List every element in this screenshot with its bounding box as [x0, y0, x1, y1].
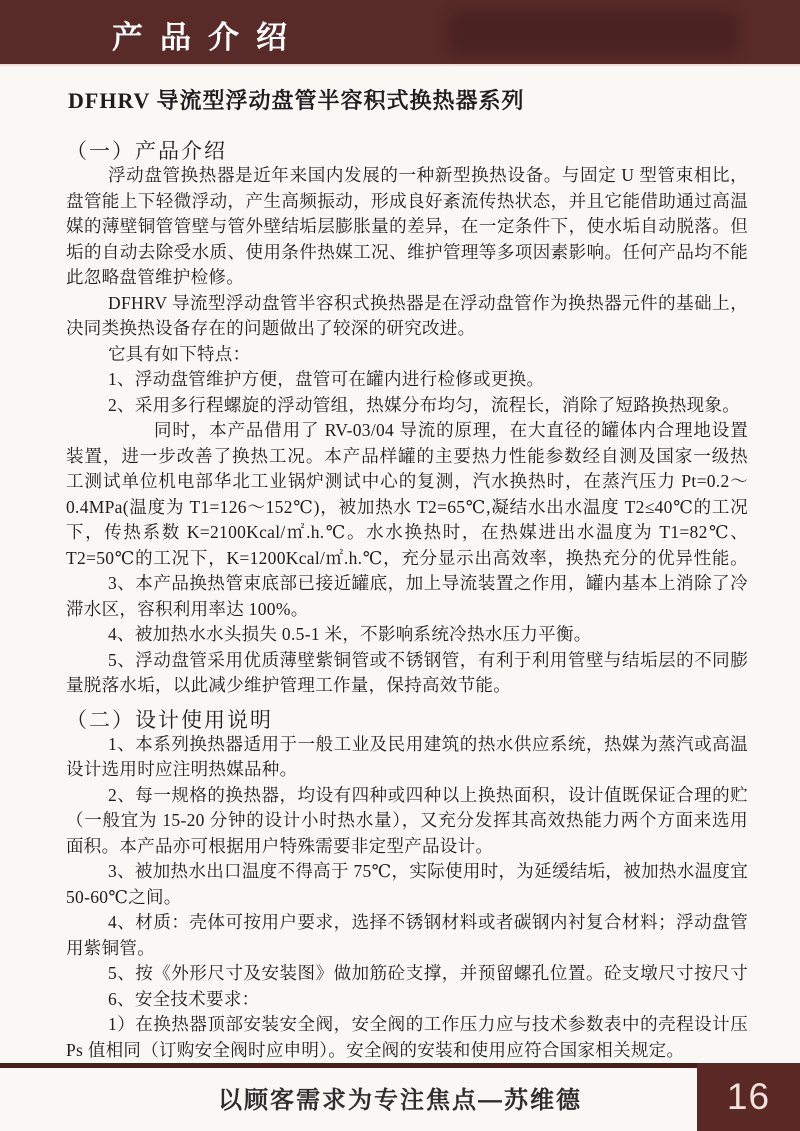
body-text-line: T2=50℃的工况下，K=1200Kcal/㎡.h.℃，充分显示出高效率，换热充…	[66, 546, 748, 572]
body-text-line: 3、本产品换热管束底部已接近罐底，加上导流装置之作用，罐内基本上消除了冷水	[66, 571, 748, 597]
body-text-line: 工测试单位机电部华北工业锅炉测试中心的复测，汽水换热时，在蒸汽压力 Pt=0.2…	[66, 469, 748, 495]
document-page: 产品介绍 DFHRV 导流型浮动盘管半容积式换热器系列 （一）产品介绍浮动盘管换…	[0, 0, 800, 1131]
body-text-line: 6、安全技术要求：	[66, 987, 748, 1013]
footer-rule	[0, 1063, 697, 1068]
body-text-line: （一般宜为 15-20 分钟的设计小时热水量），又充分发挥其高效热能力两个方面来…	[66, 808, 748, 834]
body-text-line: 2、每一规格的换热器，均设有四种或四种以上换热面积，设计值既保证合理的贮水容积	[66, 783, 748, 809]
body-text-line: 垢的自动去除受水质、使用条件热媒工况、维护管理等多项因素影响。任何产品均不能因	[66, 240, 748, 266]
body-text-line: DFHRV 导流型浮动盘管半容积式换热器是在浮动盘管作为换热器元件的基础上，就解	[66, 291, 748, 317]
body-text-line: 盘管能上下轻微浮动，产生高频振动，形成良好紊流传热状态，并且它能借助通过高温热	[66, 189, 748, 215]
body-text-line: 媒的薄壁铜管管壁与管外壁结垢层膨胀量的差异，在一定条件下，使水垢自动脱落。但水	[66, 214, 748, 240]
page-number-box: 16	[697, 1063, 800, 1131]
body-text-line: 同时，本产品借用了 RV-03/04 导流的原理，在大直径的罐体内合理地设置了导…	[66, 418, 748, 444]
footer-slogan: 以顾客需求为专注焦点—苏维德	[0, 1080, 800, 1115]
body-text-line: 它具有如下特点：	[66, 342, 748, 368]
body-text-line: 此忽略盘管维护检修。	[66, 265, 748, 291]
body-text-line: 量脱落水垢，以此减少维护管理工作量，保持高效节能。	[66, 673, 748, 699]
section-heading: （二）设计使用说明	[66, 699, 748, 732]
header-band: 产品介绍	[0, 0, 800, 66]
body-text-line: 滞水区，容积利用率达 100%。	[66, 597, 748, 623]
body-text-line: 50-60℃之间。	[66, 885, 748, 911]
document-body: （一）产品介绍浮动盘管换热器是近年来国内发展的一种新型换热设备。与固定 U 型管…	[66, 130, 748, 1063]
header-watermark-smudge	[448, 11, 738, 55]
body-text-line: Ps 值相同（订购安全阀时应申明）。安全阀的安装和使用应符合国家相关规定。	[66, 1038, 748, 1064]
body-text-line: 用紫铜管。	[66, 936, 748, 962]
body-text-line: 装置，进一步改善了换热工况。本产品样罐的主要热力性能参数经自测及国家一级热	[66, 444, 748, 470]
body-text-line: 面积。本产品亦可根据用户特殊需要非定型产品设计。	[66, 834, 748, 860]
body-text-line: 1）在换热器顶部安装安全阀，安全阀的工作压力应与技术参数表中的壳程设计压力	[66, 1012, 748, 1038]
body-text-line: 5、浮动盘管采用优质薄壁紫铜管或不锈钢管，有利于利用管壁与结垢层的不同膨胀	[66, 648, 748, 674]
body-text-line: 5、按《外形尺寸及安装图》做加筋砼支撑，并预留螺孔位置。砼支墩尺寸按尺寸表注。	[66, 961, 748, 987]
body-text-line: 1、浮动盘管维护方便，盘管可在罐内进行检修或更换。	[66, 367, 748, 393]
page-number: 16	[727, 1076, 770, 1118]
section-heading: （一）产品介绍	[66, 130, 748, 163]
body-text-line: 决同类换热设备存在的问题做出了较深的研究改进。	[66, 316, 748, 342]
body-text-line: 2、采用多行程螺旋的浮动管组，热媒分布均匀，流程长，消除了短路换热现象。	[66, 393, 748, 419]
page-header-title: 产品介绍	[112, 12, 304, 57]
body-text-line: 3、被加热水出口温度不得高于 75℃，实际使用时，为延缓结垢，被加热水温度宜控制…	[66, 859, 748, 885]
body-text-line: 设计选用时应注明热媒品种。	[66, 757, 748, 783]
body-text-line: 下，传热系数 K=2100Kcal/㎡.h.℃。水水换热时，在热媒进出水温度为 …	[66, 520, 748, 546]
body-text-line: 4、材质：壳体可按用户要求，选择不锈钢材料或者碳钢内衬复合材料；浮动盘管材料采	[66, 910, 748, 936]
body-text-line: 4、被加热水水头损失 0.5-1 米，不影响系统冷热水压力平衡。	[66, 622, 748, 648]
body-text-line: 1、本系列换热器适用于一般工业及民用建筑的热水供应系统，热媒为蒸汽或高温热水，	[66, 732, 748, 758]
document-title: DFHRV 导流型浮动盘管半容积式换热器系列	[68, 84, 525, 115]
body-text-line: 0.4MPa(温度为 T1=126～152℃)，被加热水 T2=65℃,凝结水出…	[66, 495, 748, 521]
body-text-line: 浮动盘管换热器是近年来国内发展的一种新型换热设备。与固定 U 型管束相比，浮动	[66, 163, 748, 189]
